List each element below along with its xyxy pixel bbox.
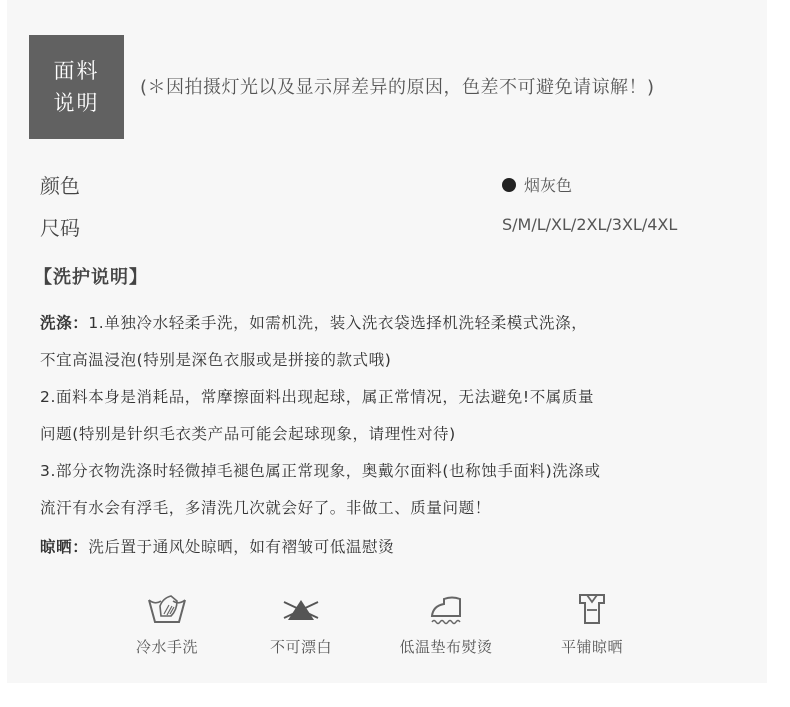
low-iron-icon	[426, 592, 466, 626]
size-label: 尺码	[40, 212, 80, 241]
care-line: 流汗有水会有浮毛，多清洗几次就会好了。非做工、质量问题！	[40, 496, 491, 518]
size-value: S/M/L/XL/2XL/3XL/4XL	[502, 215, 677, 234]
care-icon-label: 不可漂白	[241, 636, 361, 657]
care-line-prefix: 晾晒：	[40, 538, 88, 556]
care-line: 2.面料本身是消耗品，常摩擦面料出现起球，属正常情况，无法避免!不属质量	[40, 385, 594, 407]
care-line-text: 不宜高温浸泡(特别是深色衣服或是拼接的款式哦)	[40, 351, 391, 369]
care-line-text: 3.部分衣物洗涤时轻微掉毛褪色属正常现象，奥戴尔面料(也称蚀手面料)洗涤或	[40, 462, 601, 480]
care-line-text: 1.单独冷水轻柔手洗，如需机洗，装入洗衣袋选择机洗轻柔模式洗涤，	[88, 314, 587, 332]
care-title: 【洗护说明】	[34, 263, 148, 289]
dry-flat-icon	[572, 592, 612, 626]
color-label: 颜色	[40, 170, 80, 199]
care-icon-item: 不可漂白	[241, 592, 361, 657]
care-line: 问题(特别是针织毛衣类产品可能会起球现象，请理性对待)	[40, 422, 456, 444]
care-line-prefix: 洗涤：	[40, 314, 88, 332]
care-icon-item: 平铺晾晒	[532, 592, 652, 657]
care-line: 晾晒：洗后置于通风处晾晒，如有褶皱可低温慰烫	[40, 535, 394, 557]
care-line-text: 洗后置于通风处晾晒，如有褶皱可低温慰烫	[88, 538, 394, 556]
care-icon-item: 低温垫布熨烫	[386, 592, 506, 657]
hand-wash-icon	[147, 592, 187, 626]
badge-line-1: 面料	[29, 55, 124, 87]
color-value-text: 烟灰色	[524, 173, 572, 196]
color-value: 烟灰色	[502, 173, 572, 196]
color-swatch-icon	[502, 178, 516, 192]
care-line: 洗涤：1.单独冷水轻柔手洗，如需机洗，装入洗衣袋选择机洗轻柔模式洗涤，	[40, 311, 587, 333]
care-line-text: 问题(特别是针织毛衣类产品可能会起球现象，请理性对待)	[40, 425, 456, 443]
fabric-info-badge: 面料 说明	[29, 35, 124, 139]
badge-line-2: 说明	[29, 87, 124, 119]
care-line: 不宜高温浸泡(特别是深色衣服或是拼接的款式哦)	[40, 348, 391, 370]
care-icon-label: 平铺晾晒	[532, 636, 652, 657]
care-icon-label: 低温垫布熨烫	[386, 636, 506, 657]
care-line: 3.部分衣物洗涤时轻微掉毛褪色属正常现象，奥戴尔面料(也称蚀手面料)洗涤或	[40, 459, 601, 481]
care-line-text: 2.面料本身是消耗品，常摩擦面料出现起球，属正常情况，无法避免!不属质量	[40, 388, 594, 406]
care-icon-label: 冷水手洗	[107, 636, 227, 657]
care-icon-item: 冷水手洗	[107, 592, 227, 657]
care-line-text: 流汗有水会有浮毛，多清洗几次就会好了。非做工、质量问题！	[40, 499, 491, 517]
no-bleach-icon	[281, 592, 321, 626]
color-difference-notice: (＊因拍摄灯光以及显示屏差异的原因，色差不可避免请谅解！)	[140, 73, 655, 99]
fabric-info-card: 面料 说明 (＊因拍摄灯光以及显示屏差异的原因，色差不可避免请谅解！) 颜色 烟…	[7, 0, 767, 683]
